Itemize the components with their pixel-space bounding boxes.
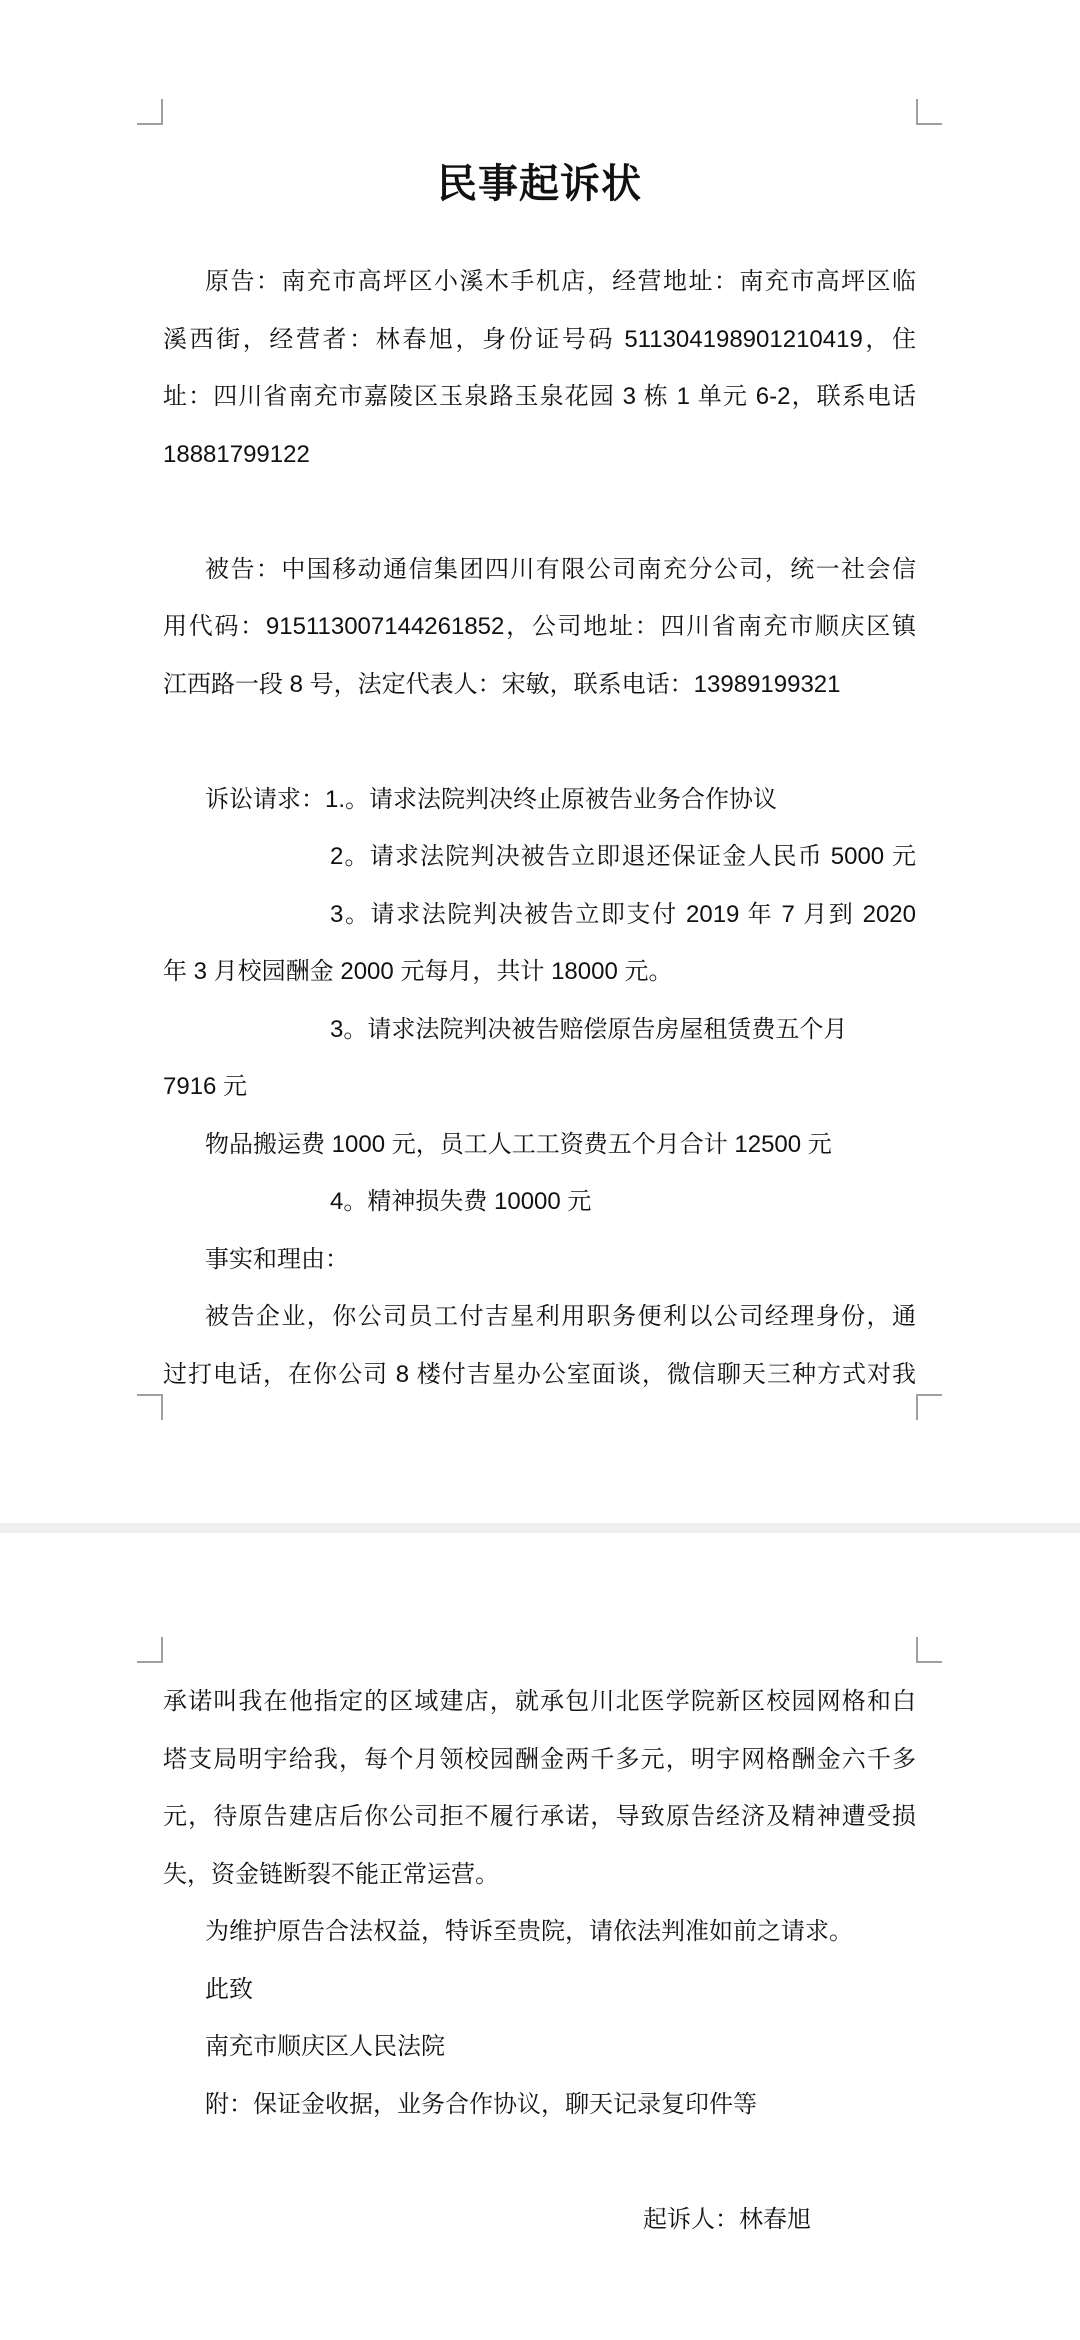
document-line: 江西路一段 8 号，法定代表人：宋敏，联系电话：13989199321 — [163, 668, 916, 725]
document-line: 事实和理由： — [163, 1243, 916, 1300]
page-separator — [0, 1523, 1080, 1533]
text-boundary-mark-top-right — [916, 1637, 942, 1663]
document-line: 用代码：915113007144261852，公司地址：四川省南充市顺庆区镇 — [163, 610, 916, 667]
text-boundary-mark-top-right — [916, 99, 942, 125]
document-line: 诉讼请求：1.。请求法院判决终止原被告业务合作协议 — [163, 783, 916, 840]
document-line: 3。请求法院判决被告赔偿原告房屋租赁费五个月 — [163, 1013, 916, 1070]
document-line: 失，资金链断裂不能正常运营。 — [163, 1858, 916, 1915]
page1-body-text: 原告：南充市高坪区小溪木手机店，经营地址：南充市高坪区临溪西街，经营者：林春旭，… — [163, 265, 916, 1415]
document-line: 3。请求法院判决被告立即支付 2019 年 7 月到 2020 — [163, 898, 916, 955]
document-line: 南充市顺庆区人民法院 — [163, 2030, 916, 2087]
document-line: 承诺叫我在他指定的区域建店，就承包川北医学院新区校园网格和白 — [163, 1685, 916, 1742]
text-boundary-mark-top-left — [137, 99, 163, 125]
document-line: 2。请求法院判决被告立即退还保证金人民币 5000 元 — [163, 840, 916, 897]
text-boundary-mark-bottom-left — [137, 1394, 163, 1420]
document-line: 过打电话，在你公司 8 楼付吉星办公室面谈，微信聊天三种方式对我 — [163, 1358, 916, 1415]
document-line: 7916 元 — [163, 1070, 916, 1127]
document-line: 年 3 月校园酬金 2000 元每月，共计 18000 元。 — [163, 955, 916, 1012]
document-line: 被告：中国移动通信集团四川有限公司南充分公司，统一社会信 — [163, 553, 916, 610]
document-line: 溪西街，经营者：林春旭，身份证号码 511304198901210419，住 — [163, 323, 916, 380]
document-line: 起诉人：林春旭 — [163, 2203, 916, 2260]
document-line: 原告：南充市高坪区小溪木手机店，经营地址：南充市高坪区临 — [163, 265, 916, 322]
document-line — [163, 2145, 916, 2202]
document-line: 18881799122 — [163, 438, 916, 495]
document-line: 物品搬运费 1000 元，员工人工工资费五个月合计 12500 元 — [163, 1128, 916, 1185]
document-line: 塔支局明宇给我，每个月领校园酬金两千多元，明宇网格酬金六千多 — [163, 1743, 916, 1800]
document-title: 民事起诉状 — [163, 160, 916, 208]
text-boundary-mark-bottom-right — [916, 1394, 942, 1420]
document-line — [163, 495, 916, 552]
document-line: 此致 — [163, 1973, 916, 2030]
document-line: 址：四川省南充市嘉陵区玉泉路玉泉花园 3 栋 1 单元 6-2，联系电话 — [163, 380, 916, 437]
document-line: 元，待原告建店后你公司拒不履行承诺，导致原告经济及精神遭受损 — [163, 1800, 916, 1857]
document-line: 附：保证金收据，业务合作协议，聊天记录复印件等 — [163, 2088, 916, 2145]
page2-body-text: 承诺叫我在他指定的区域建店，就承包川北医学院新区校园网格和白塔支局明宇给我，每个… — [163, 1685, 916, 2275]
document-line — [163, 725, 916, 782]
document-line: 4。精神损失费 10000 元 — [163, 1185, 916, 1242]
text-boundary-mark-top-left — [137, 1637, 163, 1663]
document-line: 为维护原告合法权益，特诉至贵院，请依法判准如前之请求。 — [163, 1915, 916, 1972]
document-line: 被告企业，你公司员工付吉星利用职务便利以公司经理身份，通 — [163, 1300, 916, 1357]
document-scroll-view[interactable]: 民事起诉状 原告：南充市高坪区小溪木手机店，经营地址：南充市高坪区临溪西街，经营… — [0, 0, 1080, 2340]
